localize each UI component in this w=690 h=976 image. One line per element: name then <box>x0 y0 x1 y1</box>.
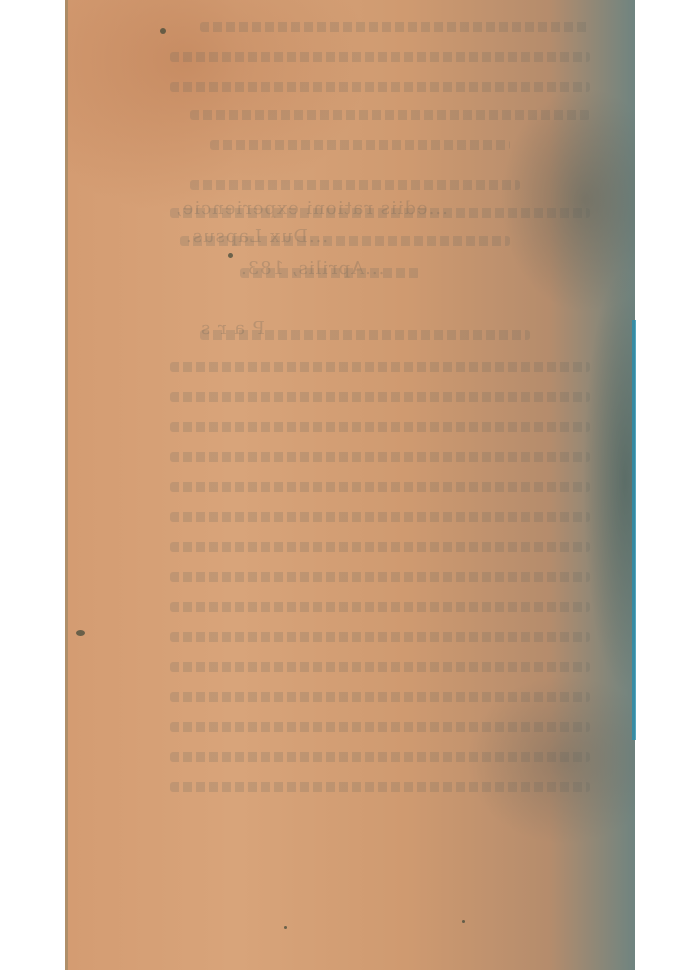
page-fore-edge <box>632 320 636 740</box>
show-through-line <box>170 542 590 552</box>
show-through-line <box>170 362 590 372</box>
show-through-line <box>200 22 590 32</box>
ink-speck <box>76 630 85 636</box>
ink-speck <box>284 926 287 929</box>
show-through-fragment: P a r s <box>200 318 265 339</box>
show-through-line <box>170 722 590 732</box>
ink-speck <box>228 253 233 258</box>
ink-speck <box>462 920 465 923</box>
show-through-line <box>170 572 590 582</box>
show-through-line <box>210 140 510 150</box>
ink-speck <box>160 28 166 34</box>
show-through-line <box>170 632 590 642</box>
show-through-line <box>170 52 590 62</box>
show-through-fragment: ...Dux Lapsus. <box>185 226 328 247</box>
show-through-line <box>170 82 590 92</box>
show-through-line <box>170 392 590 402</box>
show-through-line <box>190 110 590 120</box>
show-through-line <box>190 180 520 190</box>
show-through-fragment: ...ediis rationi experiencie, <box>175 198 448 219</box>
show-through-line <box>170 452 590 462</box>
show-through-line <box>170 602 590 612</box>
show-through-line <box>170 662 590 672</box>
show-through-line <box>170 782 590 792</box>
show-through-fragment: ...Aprilis, 183. <box>240 258 384 279</box>
show-through-line <box>170 422 590 432</box>
page-gutter-edge <box>65 0 68 970</box>
show-through-line <box>170 752 590 762</box>
show-through-line <box>170 692 590 702</box>
show-through-line <box>170 482 590 492</box>
show-through-line <box>170 512 590 522</box>
